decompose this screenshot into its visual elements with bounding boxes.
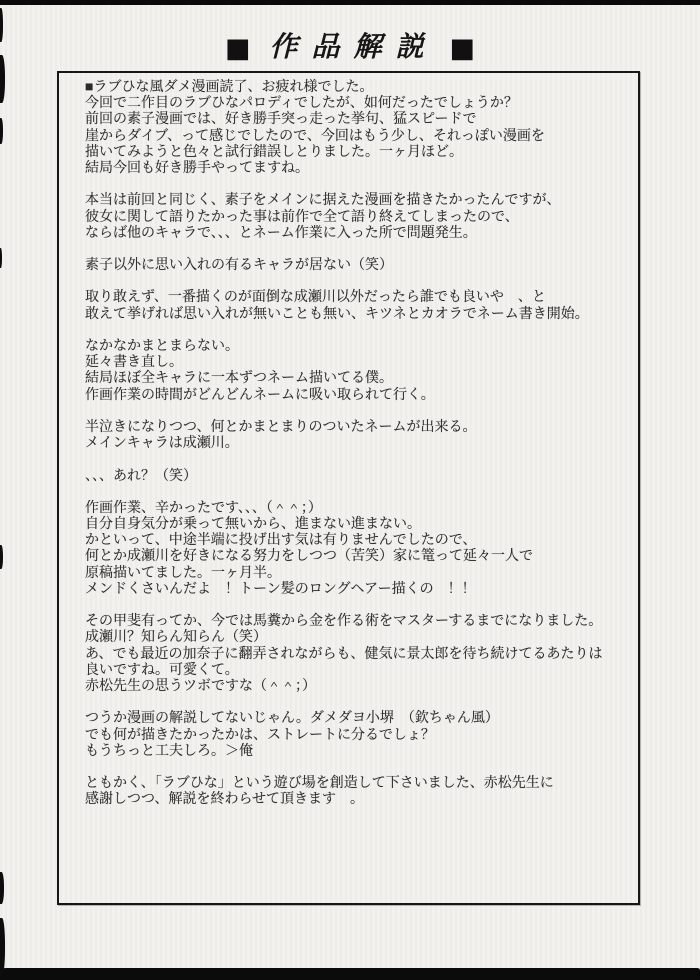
text-line: 延々書き直し。 bbox=[85, 353, 630, 369]
text-line: 作画作業の時間がどんどんネームに吸い取られて行く。 bbox=[85, 386, 630, 402]
text-line: 結局ほぼ全キャラに一本ずつネーム描いてる僕。 bbox=[85, 369, 630, 385]
text-line: 原稿描いてました。一ヶ月半。 bbox=[85, 564, 630, 580]
text-line: 前回の素子漫画では、好き勝手突っ走った挙句、猛スピードで bbox=[85, 110, 630, 126]
text-line: 今回で二作目のラブひなパロディでしたが、如何だったでしょうか？ bbox=[85, 94, 630, 110]
text-line: なかなかまとまらない。 bbox=[85, 337, 630, 353]
text-line: ■ラブひな風ダメ漫画読了、お疲れ様でした。 bbox=[85, 78, 630, 94]
text-line: 感謝しつつ、解説を終わらせて頂きます 。 bbox=[85, 790, 630, 806]
text-line: もうちっと工夫しろ。＞俺 bbox=[85, 742, 630, 758]
title-left-square-icon: ■ bbox=[225, 35, 251, 62]
scan-edge-top bbox=[0, 0, 700, 5]
text-line: メンドくさいんだよ ！トーン髪のロングヘアー描くの ！！ bbox=[85, 580, 630, 596]
text-line: 赤松先生の思うツボですな（＾＾；） bbox=[85, 677, 630, 693]
text-line bbox=[85, 693, 630, 709]
text-line: かといって、中途半端に投げ出す気は有りませんでしたので、 bbox=[85, 531, 630, 547]
text-line bbox=[85, 321, 630, 337]
page-title-text: 作品解説 bbox=[262, 33, 437, 61]
text-line: 結局今回も好き勝手やってますね。 bbox=[85, 159, 630, 175]
text-line: メインキャラは成瀬川。 bbox=[85, 434, 630, 450]
page-title: ■ 作品解説 ■ bbox=[0, 27, 700, 67]
scan-edge-bottom bbox=[0, 968, 700, 980]
text-line bbox=[85, 402, 630, 418]
text-line: その甲斐有ってか、今では馬糞から金を作る術をマスターするまでになりました。 bbox=[85, 612, 630, 628]
commentary-frame: ■ラブひな風ダメ漫画読了、お疲れ様でした。今回で二作目のラブひなパロディでしたが… bbox=[57, 71, 640, 905]
text-line: つうか漫画の解説してないじゃん。ダメダヨ小堺 （欽ちゃん風） bbox=[85, 709, 630, 725]
text-line: 本当は前回と同じく、素子をメインに据えた漫画を描きたかったんですが、 bbox=[85, 191, 630, 207]
text-line bbox=[85, 596, 630, 612]
text-line: 半泣きになりつつ、何とかまとまりのついたネームが出来る。 bbox=[85, 418, 630, 434]
text-line: でも何が描きたかったかは、ストレートに分るでしょ？ bbox=[85, 726, 630, 742]
text-line bbox=[85, 758, 630, 774]
text-line: 敢えて挙げれば思い入れが無いことも無い、キツネとカオラでネーム書き開始。 bbox=[85, 305, 630, 321]
scan-artifact bbox=[0, 872, 4, 904]
scan-artifact bbox=[0, 248, 2, 268]
text-line: ともかく、「ラブひな」という遊び場を創造して下さいました、赤松先生に bbox=[85, 774, 630, 790]
text-line: 何とか成瀬川を好きになる努力をしつつ（苦笑）家に篭って延々一人で bbox=[85, 547, 630, 563]
text-line: ならば他のキャラで、、、とネーム作業に入った所で問題発生。 bbox=[85, 224, 630, 240]
text-line: 成瀬川？知らん知らん（笑） bbox=[85, 628, 630, 644]
text-line: 、、、あれ？（笑） bbox=[85, 467, 630, 483]
text-line bbox=[85, 483, 630, 499]
text-line: 良いですね。可愛くて。 bbox=[85, 661, 630, 677]
commentary-text: ■ラブひな風ダメ漫画読了、お疲れ様でした。今回で二作目のラブひなパロディでしたが… bbox=[85, 78, 630, 806]
title-right-square-icon: ■ bbox=[450, 35, 476, 62]
text-line bbox=[85, 240, 630, 256]
text-line bbox=[85, 272, 630, 288]
text-line: 作画作業、辛かったです、、、（＾＾；） bbox=[85, 499, 630, 515]
text-line: 彼女に関して語りたかった事は前作で全て語り終えてしまったので、 bbox=[85, 208, 630, 224]
text-line: 取り敢えず、一番描くのが面倒な成瀬川以外だったら誰でも良いや 、と bbox=[85, 288, 630, 304]
scan-artifact bbox=[0, 545, 3, 569]
text-line bbox=[85, 450, 630, 466]
scan-artifact bbox=[0, 118, 3, 144]
text-line bbox=[85, 175, 630, 191]
text-line: 素子以外に思い入れの有るキャラが居ない（笑） bbox=[85, 256, 630, 272]
text-line: 崖からダイブ、って感じでしたので、今回はもう少し、それっぽい漫画を bbox=[85, 127, 630, 143]
text-line: 自分自身気分が乗って無いから、進まない進まない。 bbox=[85, 515, 630, 531]
text-line: あ、でも最近の加奈子に翻弄されながらも、健気に景太郎を待ち続けてるあたりは bbox=[85, 645, 630, 661]
text-line: 描いてみようと色々と試行錯誤しとりました。一ヶ月ほど。 bbox=[85, 143, 630, 159]
